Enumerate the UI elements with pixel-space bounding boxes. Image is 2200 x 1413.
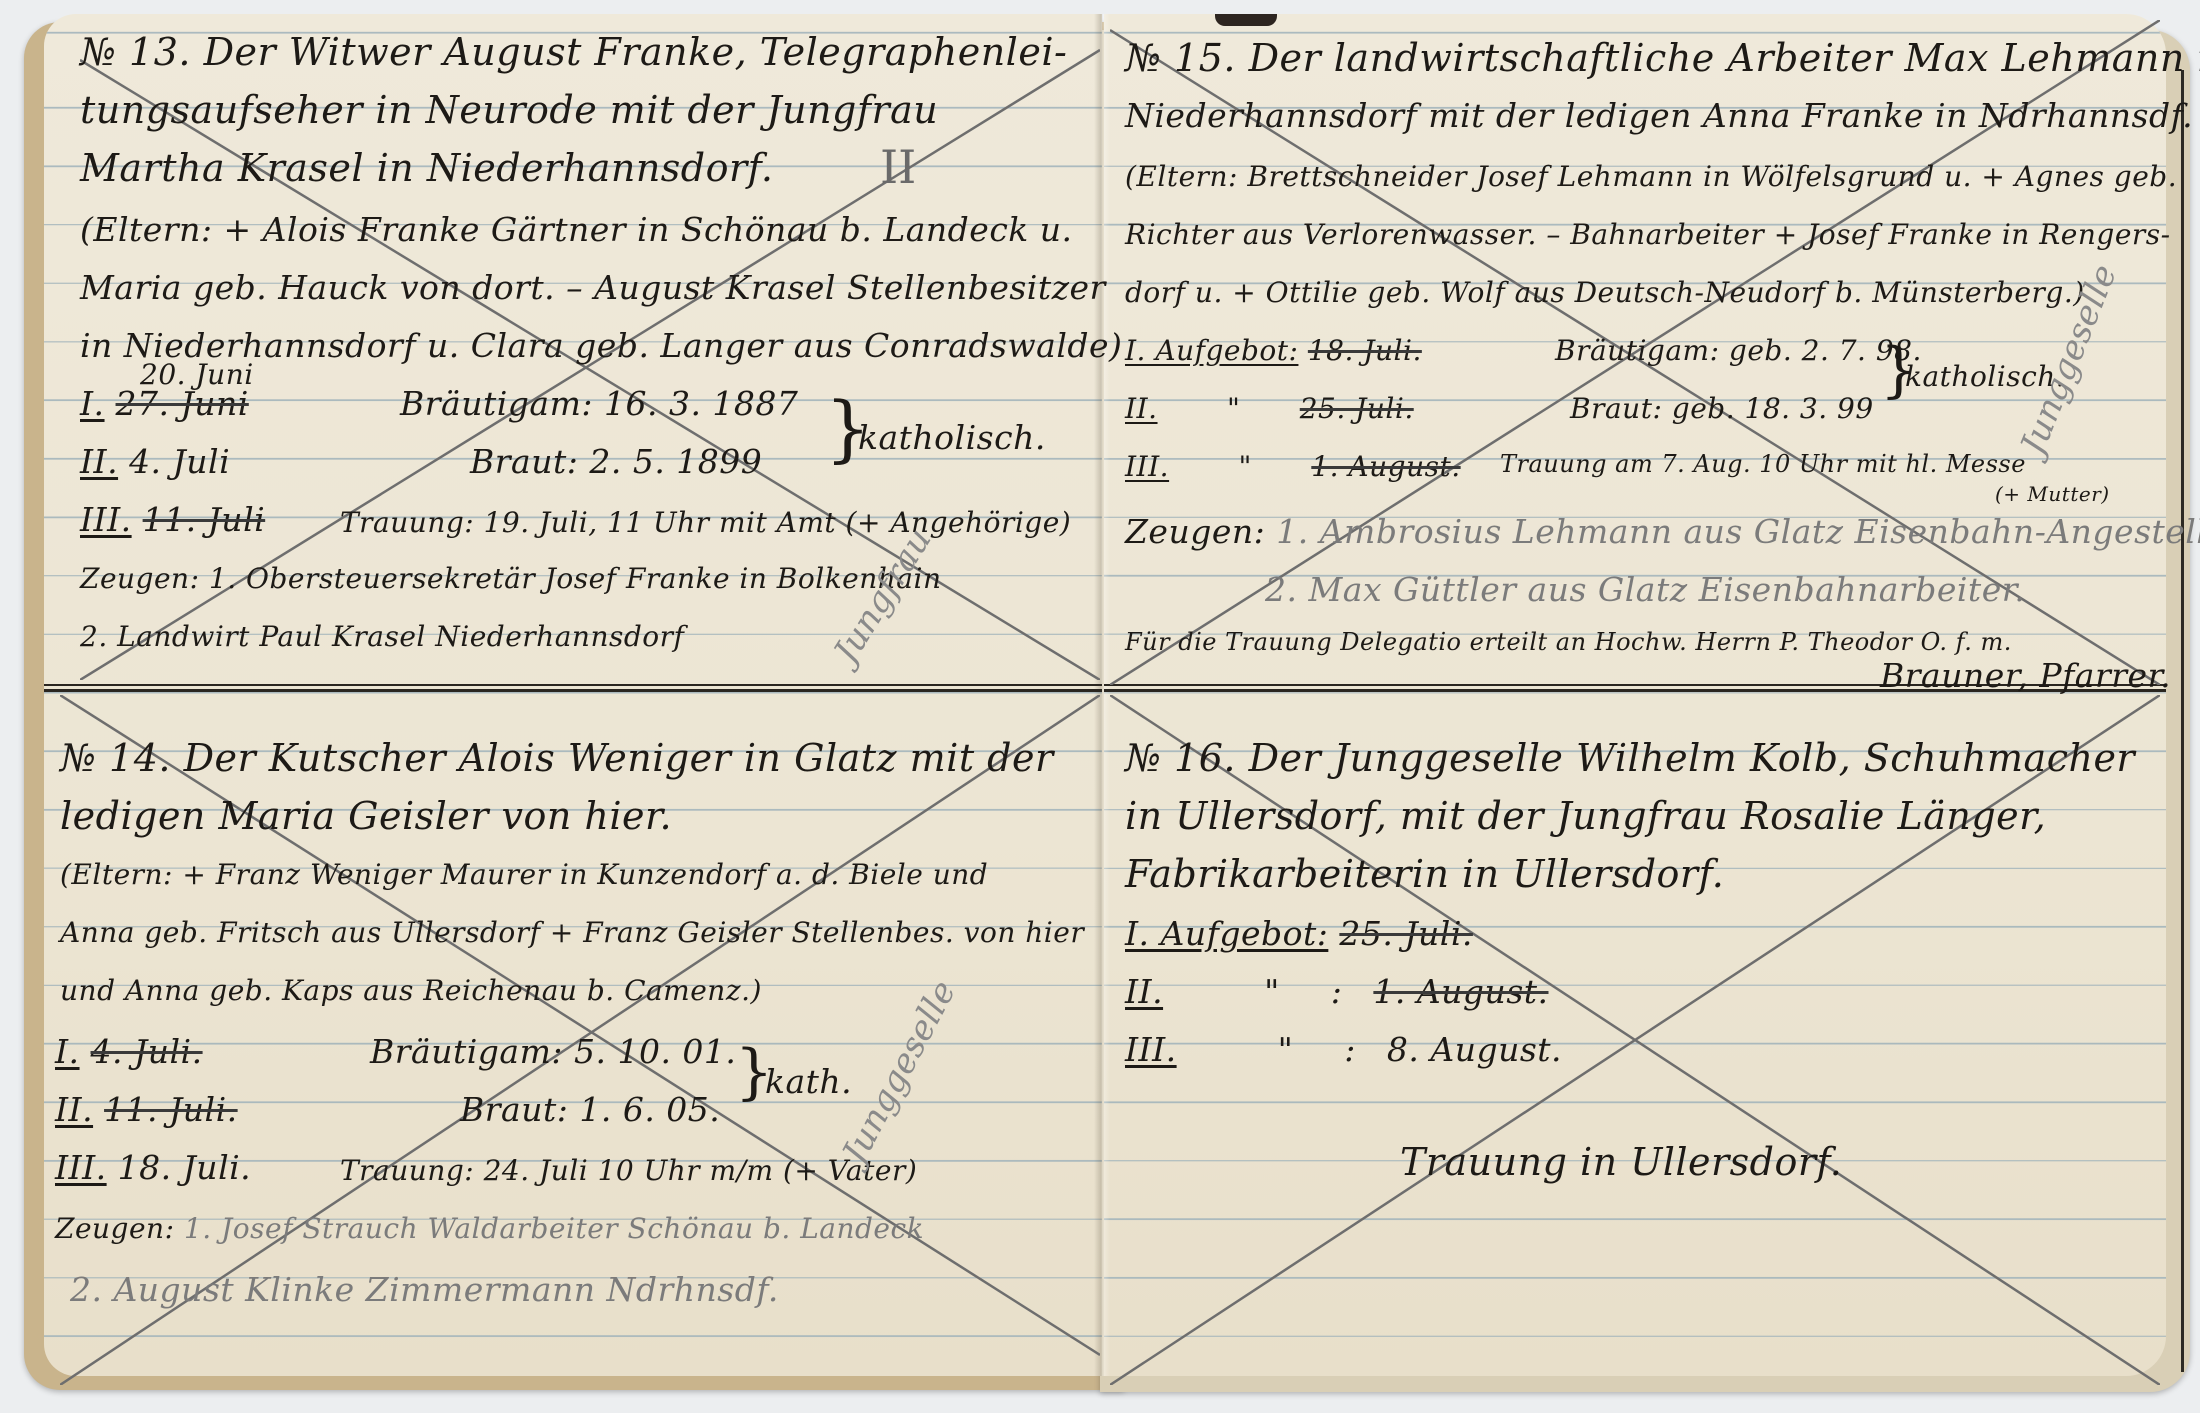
entry-15-heading: № 15. Der landwirtschaftliche Arbeiter M… bbox=[1125, 36, 2200, 80]
wedding-details: Trauung am 7. Aug. 10 Uhr mit hl. Messe bbox=[1500, 450, 2026, 478]
pastor-signature: Brauner, Pfarrer. bbox=[1880, 656, 2171, 695]
religion: kath. bbox=[765, 1062, 852, 1101]
banns-3: III. " 1. August. bbox=[1125, 450, 1461, 483]
banns-3: III. 18. Juli. bbox=[55, 1148, 251, 1187]
entry-13-line: Martha Krasel in Niederhannsdorf. bbox=[80, 146, 773, 190]
banns-2: II. " 25. Juli. bbox=[1125, 392, 1414, 425]
banns-2: II. " : 1. August. bbox=[1125, 972, 1549, 1011]
entry-number: № 13. bbox=[80, 30, 191, 74]
entry-16-heading: № 16. Der Junggeselle Wilhelm Kolb, Schu… bbox=[1125, 736, 2135, 780]
entry-13-heading: № 13. Der Witwer August Franke, Telegrap… bbox=[80, 30, 1067, 74]
entry-14-parents: Anna geb. Fritsch aus Ullersdorf + Franz… bbox=[60, 916, 1084, 949]
bride-birth: Braut: 2. 5. 1899 bbox=[470, 442, 762, 481]
entry-13-line: tungsaufseher in Neurode mit der Jungfra… bbox=[80, 88, 938, 132]
entry-number: № 16. bbox=[1125, 736, 1236, 780]
groom-birth: Bräutigam: 5. 10. 01. bbox=[370, 1032, 736, 1071]
groom-birth: Bräutigam: geb. 2. 7. 98. bbox=[1555, 334, 1922, 367]
entry-divider-left bbox=[44, 684, 1102, 692]
entry-13-parents: (Eltern: + Alois Franke Gärtner in Schön… bbox=[80, 210, 1073, 249]
witness-2: 2. Max Güttler aus Glatz Eisenbahnarbeit… bbox=[1265, 570, 2025, 609]
groom-birth: Bräutigam: 16. 3. 1887 bbox=[400, 384, 798, 423]
banns-1: I. 27. Juni bbox=[80, 384, 249, 423]
wedding-details: Trauung in Ullersdorf. bbox=[1400, 1140, 1842, 1184]
banns-1: I. Aufgebot: 25. Juli. bbox=[1125, 914, 1473, 953]
entry-15-parents: (Eltern: Brettschneider Josef Lehmann in… bbox=[1125, 160, 2177, 193]
delegation-note: Für die Trauung Delegatio erteilt an Hoc… bbox=[1125, 628, 2012, 656]
entry-14-parents: (Eltern: + Franz Weniger Maurer in Kunze… bbox=[60, 858, 988, 891]
ink-blot bbox=[1215, 14, 1277, 26]
entry-number: № 15. bbox=[1125, 36, 1236, 80]
witness-1: Zeugen: 1. Obersteuersekretär Josef Fran… bbox=[80, 562, 941, 595]
spine bbox=[1094, 14, 1110, 1376]
entry-number: № 14. bbox=[60, 736, 171, 780]
entry-13-parents: Maria geb. Hauck von dort. – August Kras… bbox=[80, 268, 1106, 307]
entry-15-line: Niederhannsdorf mit der ledigen Anna Fra… bbox=[1125, 96, 2193, 135]
banns-1: I. 4. Juli. bbox=[55, 1032, 203, 1071]
entry-16-line: Fabrikarbeiterin in Ullersdorf. bbox=[1125, 852, 1724, 896]
bride-birth: Braut: geb. 18. 3. 99 bbox=[1570, 392, 1874, 425]
entry-14-line: ledigen Maria Geisler von hier. bbox=[60, 794, 672, 838]
banns-1: I. Aufgebot: 18. Juli. bbox=[1125, 334, 1422, 367]
banns-3: III. " : 8. August. bbox=[1125, 1030, 1562, 1069]
entry-14-heading: № 14. Der Kutscher Alois Weniger in Glat… bbox=[60, 736, 1054, 780]
banns-2: II. 11. Juli. bbox=[55, 1090, 238, 1129]
entry-15-parents: Richter aus Verlorenwasser. – Bahnarbeit… bbox=[1125, 218, 2171, 251]
banns-3: III. 11. Juli bbox=[80, 500, 265, 539]
wedding-details: Trauung: 24. Juli 10 Uhr m/m (+ Vater) bbox=[340, 1154, 917, 1187]
entry-15-parents: dorf u. + Ottilie geb. Wolf aus Deutsch-… bbox=[1125, 276, 2085, 309]
margin-mark: II bbox=[880, 140, 916, 194]
witness-1: Zeugen: 1. Josef Strauch Waldarbeiter Sc… bbox=[55, 1212, 924, 1245]
open-notebook: № 13. Der Witwer August Franke, Telegrap… bbox=[0, 0, 2200, 1413]
witness-1: Zeugen: 1. Ambrosius Lehmann aus Glatz E… bbox=[1125, 512, 2200, 551]
wedding-note: (+ Mutter) bbox=[1995, 482, 2110, 506]
wedding-details: Trauung: 19. Juli, 11 Uhr mit Amt (+ Ang… bbox=[340, 506, 1071, 539]
entry-16-line: in Ullersdorf, mit der Jungfrau Rosalie … bbox=[1125, 794, 2046, 838]
religion: katholisch. bbox=[858, 418, 1046, 457]
witness-2: 2. August Klinke Zimmermann Ndrhnsdf. bbox=[70, 1270, 779, 1309]
bride-birth: Braut: 1. 6. 05. bbox=[460, 1090, 720, 1129]
entry-14-parents: und Anna geb. Kaps aus Reichenau b. Came… bbox=[60, 974, 762, 1007]
witness-2: 2. Landwirt Paul Krasel Niederhannsdorf bbox=[80, 620, 684, 653]
banns-2: II. 4. Juli bbox=[80, 442, 230, 481]
